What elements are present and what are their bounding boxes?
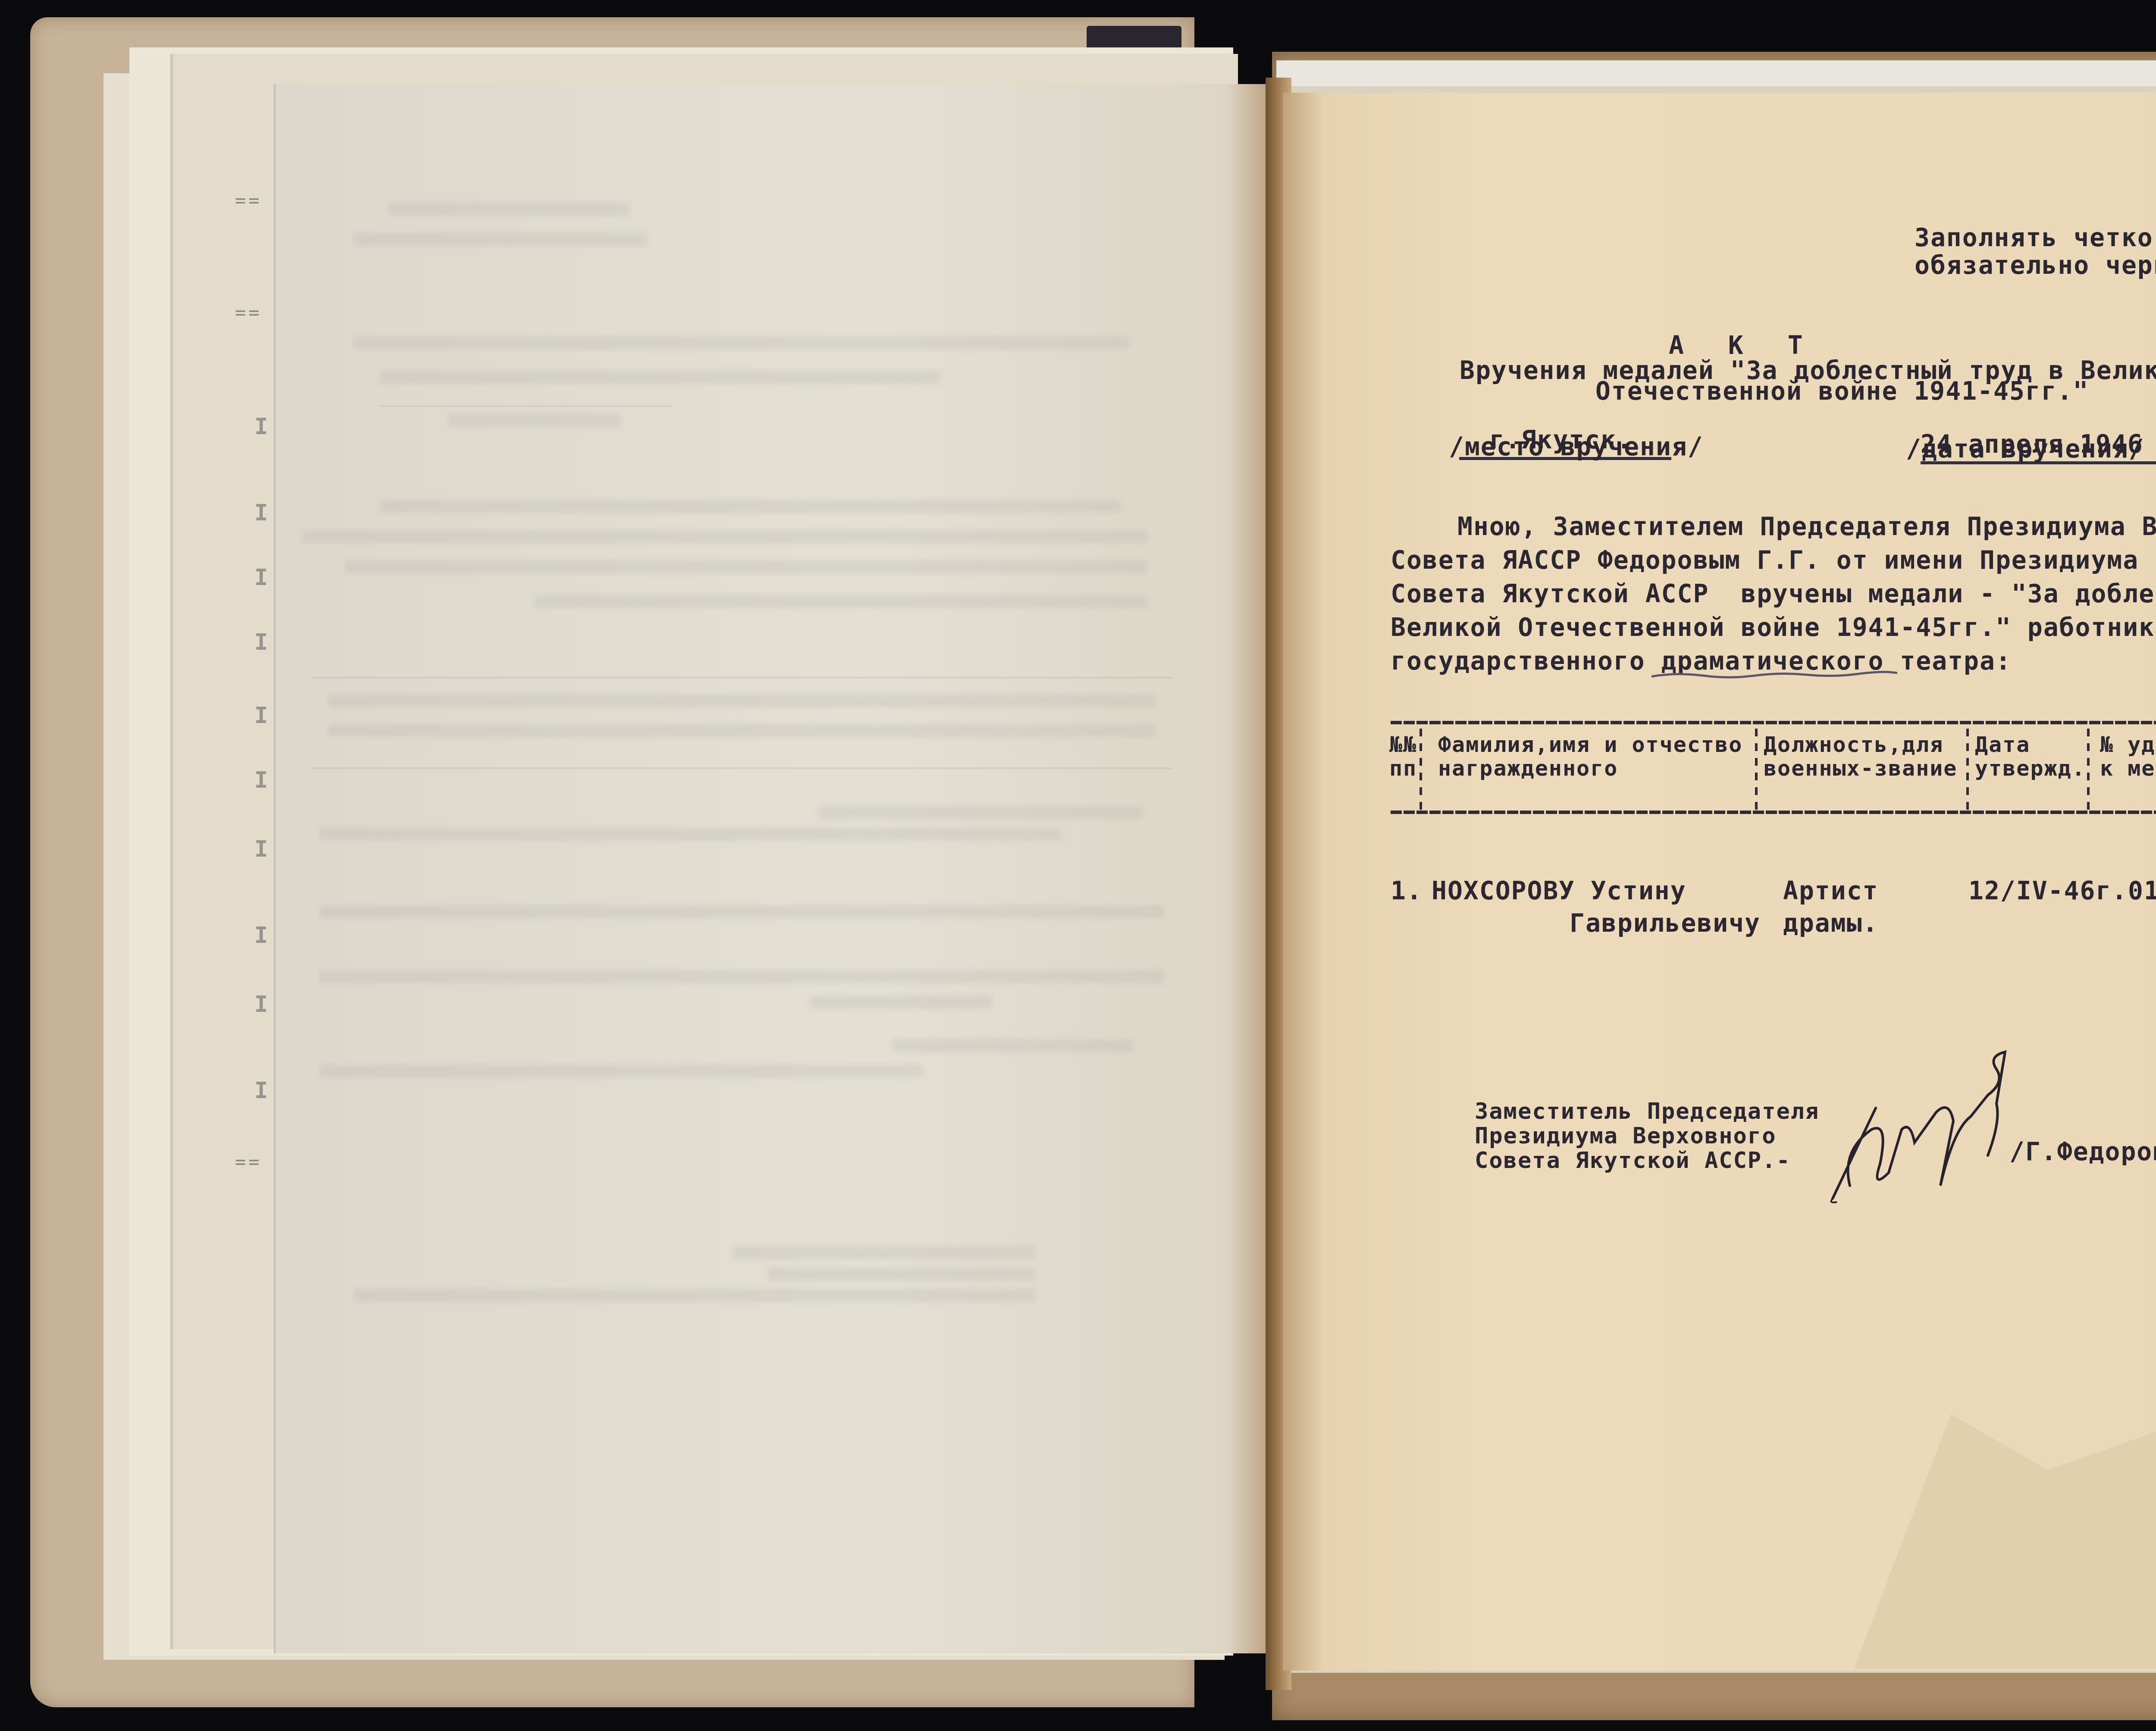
table-bottom-rule xyxy=(1391,811,2156,814)
show-through-rule xyxy=(310,767,1173,769)
fill-instruction: Заполнять четко и обязательно чернилами. xyxy=(1915,224,2156,279)
table-column-divider xyxy=(1755,729,1758,815)
document-subtitle-line2: Отечественной войне 1941-45гг." xyxy=(1595,378,2089,405)
place-caption: /место вручения/ xyxy=(1449,433,1704,461)
margin-mark: I xyxy=(254,836,268,862)
show-through-text xyxy=(379,371,940,384)
recipient-position-cont: драмы. xyxy=(1783,910,1879,937)
margin-mark: I xyxy=(254,767,268,793)
show-through-text xyxy=(345,560,1147,573)
show-through-rule xyxy=(310,677,1173,679)
margin-dash: == xyxy=(235,1151,262,1172)
show-through-text xyxy=(448,414,621,427)
margin-mark: I xyxy=(254,703,268,729)
show-through-text xyxy=(733,1246,1035,1259)
margin-mark: I xyxy=(254,565,268,591)
table-header-name: Фамилия,имя и отчество награжденного xyxy=(1438,733,1742,780)
show-through-text xyxy=(328,724,1156,737)
margin-mark: I xyxy=(254,414,268,440)
show-through-text xyxy=(319,970,1164,983)
signatory-title: Заместитель Председателя Президиума Верх… xyxy=(1475,1099,1819,1174)
left-page[interactable] xyxy=(274,84,1276,1653)
margin-mark: I xyxy=(254,992,268,1017)
show-through-text xyxy=(354,233,647,246)
margin-dash: == xyxy=(235,302,262,323)
margin-mark: I xyxy=(254,629,268,655)
show-through-text xyxy=(302,530,1147,543)
row-number: 1. xyxy=(1391,877,1423,905)
table-column-divider xyxy=(1420,729,1422,815)
show-through-text xyxy=(379,500,1121,513)
show-through-text xyxy=(535,595,1147,608)
show-through-text xyxy=(388,203,630,216)
recipient-patronymic: Гаврильевичу xyxy=(1570,910,1761,937)
show-through-text xyxy=(819,806,1143,819)
show-through-text xyxy=(319,828,1061,841)
approval-date: 12/IV-46г. xyxy=(1968,877,2128,905)
show-through-text xyxy=(893,1039,1134,1052)
handwritten-signature xyxy=(1824,1043,2065,1207)
body-line: Мною, Заместителем Председателя Президиу… xyxy=(1457,513,2156,541)
show-through-text xyxy=(319,905,1164,918)
table-header-position: Должность,для военных-звание xyxy=(1764,733,1957,780)
body-line: Великой Отечественной войне 1941-45гг." … xyxy=(1391,614,2156,642)
show-through-text xyxy=(768,1268,1035,1280)
show-through-text xyxy=(328,694,1156,707)
table-column-divider xyxy=(2087,729,2090,815)
show-through-rule xyxy=(379,405,673,407)
margin-dash: == xyxy=(235,190,262,211)
show-through-text xyxy=(354,1289,1035,1302)
show-through-text xyxy=(354,336,1130,349)
table-top-rule xyxy=(1391,721,2156,724)
table-column-divider xyxy=(1966,729,1969,815)
table-header-date: Дата утвержд. xyxy=(1975,733,2086,780)
date-caption: /дата вручения/ xyxy=(1906,435,2145,463)
margin-mark: I xyxy=(254,1078,268,1104)
body-line: Совета ЯАССР Федоровым Г.Г. от имени Пре… xyxy=(1391,547,2156,574)
recipient-surname: НОХСОРОВУ Устину xyxy=(1432,877,1686,905)
recipient-position: Артист xyxy=(1783,877,1879,905)
show-through-text xyxy=(319,1065,923,1078)
certificate-number: 0100399 xyxy=(2128,877,2156,905)
table-header-num: №№ пп xyxy=(1389,733,1417,780)
signature-name: /Г.Федоров/ xyxy=(2009,1138,2156,1166)
ink-underline xyxy=(1651,670,1897,680)
table-header-certificate: № удостовер. к медали xyxy=(2100,733,2156,780)
margin-mark: I xyxy=(254,923,268,948)
margin-mark: I xyxy=(254,500,268,526)
body-line: Совета Якутской АССР вручены медали - "З… xyxy=(1391,580,2156,608)
show-through-text xyxy=(811,996,992,1009)
